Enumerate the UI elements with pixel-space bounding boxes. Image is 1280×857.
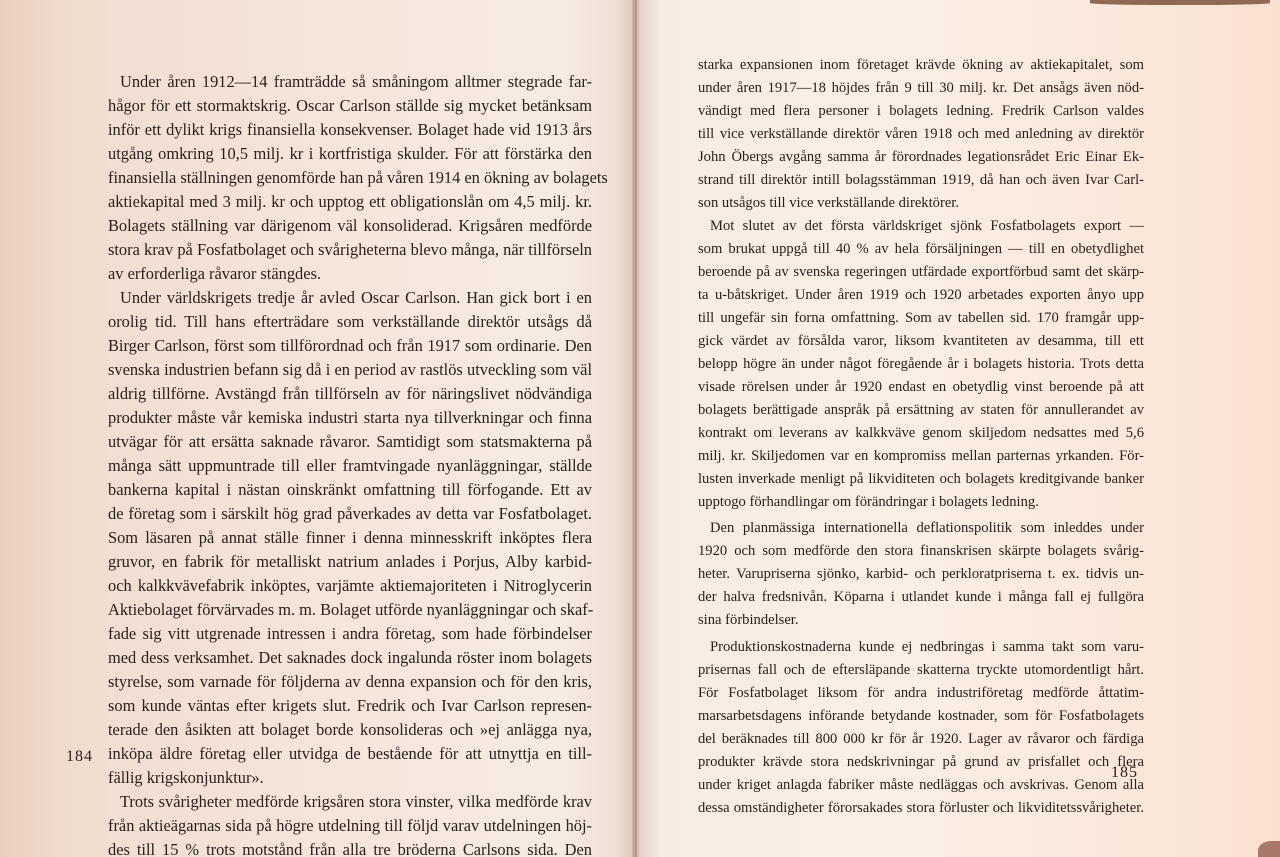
- text-line: sina förbindelser.: [698, 609, 1144, 632]
- text-line: marsarbetsdagens införande betydande kos…: [698, 705, 1144, 728]
- text-line: Mot slutet av det första världskriget sj…: [698, 215, 1144, 238]
- text-line: heter. Varupriserna sjönko, karbid- och …: [698, 563, 1144, 586]
- text-line: Produktionskostnaderna kunde ej nedbring…: [698, 636, 1144, 659]
- text-line: bankerna kapital i nästan oinskränkt omf…: [108, 478, 592, 502]
- text-line: Under världskrigets tredje år avled Osca…: [108, 286, 592, 310]
- text-line: med dess verksamhet. Det saknades dock i…: [108, 646, 592, 670]
- text-line: dessa omständigheter förorsakades stora …: [698, 797, 1144, 820]
- text-line: Under åren 1912—14 framträdde så småning…: [108, 70, 592, 94]
- text-line: Den planmässiga internationella deflatio…: [698, 517, 1144, 540]
- text-line: prisernas fall och de eftersläpande skat…: [698, 659, 1144, 682]
- text-line: ta u-båtskriget. Under åren 1919 och 192…: [698, 284, 1144, 307]
- text-line: finansiella ställningen genomförde han p…: [108, 166, 592, 190]
- text-line: bolagets berättigade anspråk på ersättni…: [698, 399, 1144, 422]
- book-spread: Under åren 1912—14 framträdde så småning…: [0, 0, 1280, 857]
- text-line: orolig tid. Till hans efterträdare som v…: [108, 310, 592, 334]
- text-line: upptogo förhandlingar om förändringar i …: [698, 491, 1144, 514]
- text-line: Som läsaren på annat ställe finner i den…: [108, 526, 592, 550]
- page-number-left: 184: [66, 748, 93, 766]
- text-line: beroende på av svenska regeringen utfärd…: [698, 261, 1144, 284]
- text-line: utgång omkring 10,5 milj. kr i kortfrist…: [108, 142, 592, 166]
- text-line: gick värdet av försålda varor, liksom kv…: [698, 330, 1144, 353]
- text-line: Aktiebolaget förvärvades m. m. Bolaget u…: [108, 598, 592, 622]
- text-line: Bolagets ställning var därigenom väl kon…: [108, 214, 592, 238]
- text-line: vändigt med flera personer i bolagets le…: [698, 100, 1144, 123]
- text-line: de företag som i särskilt hög grad påver…: [108, 502, 592, 526]
- text-line: der halva fredsnivån. Köparna i utlandet…: [698, 586, 1144, 609]
- text-line: utvägar för att ersätta saknade råvaror.…: [108, 430, 592, 454]
- text-line: svenska industrien befann sig då i en pe…: [108, 358, 592, 382]
- text-line: Trots svårigheter medförde krigsåren sto…: [108, 790, 592, 814]
- text-line: till ungefär sin forna omfattning. Som a…: [698, 307, 1144, 330]
- text-line: milj. kr. Skiljedomen var en kompromiss …: [698, 445, 1144, 468]
- text-line: För Fosfatbolaget liksom för andra indus…: [698, 682, 1144, 705]
- text-line: terade den åsikten att bolaget borde kon…: [108, 718, 592, 742]
- text-line: och kalkkvävefabrik inköptes, varjämte a…: [108, 574, 592, 598]
- text-line: av erforderliga råvaror stängdes.: [108, 262, 592, 286]
- text-line: till vice verkställande direktör våren 1…: [698, 123, 1144, 146]
- text-line: des till 15 % trots motstånd från alla t…: [108, 838, 592, 857]
- paper-edge-shadow: [1090, 0, 1270, 5]
- text-line: visade rörelsen under år 1920 endast en …: [698, 376, 1144, 399]
- text-line: under åren 1917—18 höjdes från 9 till 30…: [698, 77, 1144, 100]
- text-line: styrelse, som varnade för följderna av d…: [108, 670, 592, 694]
- text-line: gruvor, en fabrik för metalliskt natrium…: [108, 550, 592, 574]
- text-line: fällig krigskonjunktur».: [108, 766, 592, 790]
- text-line: del beräknades till 800 000 kr för år 19…: [698, 728, 1144, 751]
- text-line: under kriget anlagda fabriker måste nedl…: [698, 774, 1144, 797]
- text-line: belopp högre än under något föregående å…: [698, 353, 1144, 376]
- text-line: stora krav på Fosfatbolaget och svårighe…: [108, 238, 592, 262]
- text-line: många sätt uppmuntrade till eller framtv…: [108, 454, 592, 478]
- text-line: som kunde väntas efter krigets slut. Fre…: [108, 694, 592, 718]
- text-line: aldrig tillförne. Avstängd från tillförs…: [108, 382, 592, 406]
- finger-corner: [1258, 841, 1280, 857]
- book-gutter: [632, 0, 640, 857]
- text-line: Birger Carlson, först som tillförordnad …: [108, 334, 592, 358]
- text-line: från aktieägarnas sida på högre utdelnin…: [108, 814, 592, 838]
- text-line: inköpa äldre företag eller utvidga de be…: [108, 742, 592, 766]
- text-line: hågor för ett stormaktskrig. Oscar Carls…: [108, 94, 592, 118]
- text-line: inför ett dylikt krigs finansiella konse…: [108, 118, 592, 142]
- text-line: strand till direktör intill bolagsstämma…: [698, 169, 1144, 192]
- text-line: starka expansionen inom företaget krävde…: [698, 54, 1144, 77]
- page-number-right: 185: [1111, 764, 1138, 782]
- text-line: som brukat uppgå till 40 % av hela försä…: [698, 238, 1144, 261]
- text-line: produkter måste vår kemiska industri sta…: [108, 406, 592, 430]
- text-line: produkter krävde stora nedskrivningar på…: [698, 751, 1144, 774]
- text-line: 1920 och som medförde den stora finanskr…: [698, 540, 1144, 563]
- text-line: John Öbergs avgång samma år förordnades …: [698, 146, 1144, 169]
- text-line: aktiekapital med 3 milj. kr och upptog e…: [108, 190, 592, 214]
- text-line: kontrakt om leverans av kalkkväve genom …: [698, 422, 1144, 445]
- text-line: son utsågos till vice verkställande dire…: [698, 192, 1144, 215]
- text-line: fade sig vitt utgrenade intressen i andr…: [108, 622, 592, 646]
- text-line: lusten inverkade menligt på likviditeten…: [698, 468, 1144, 491]
